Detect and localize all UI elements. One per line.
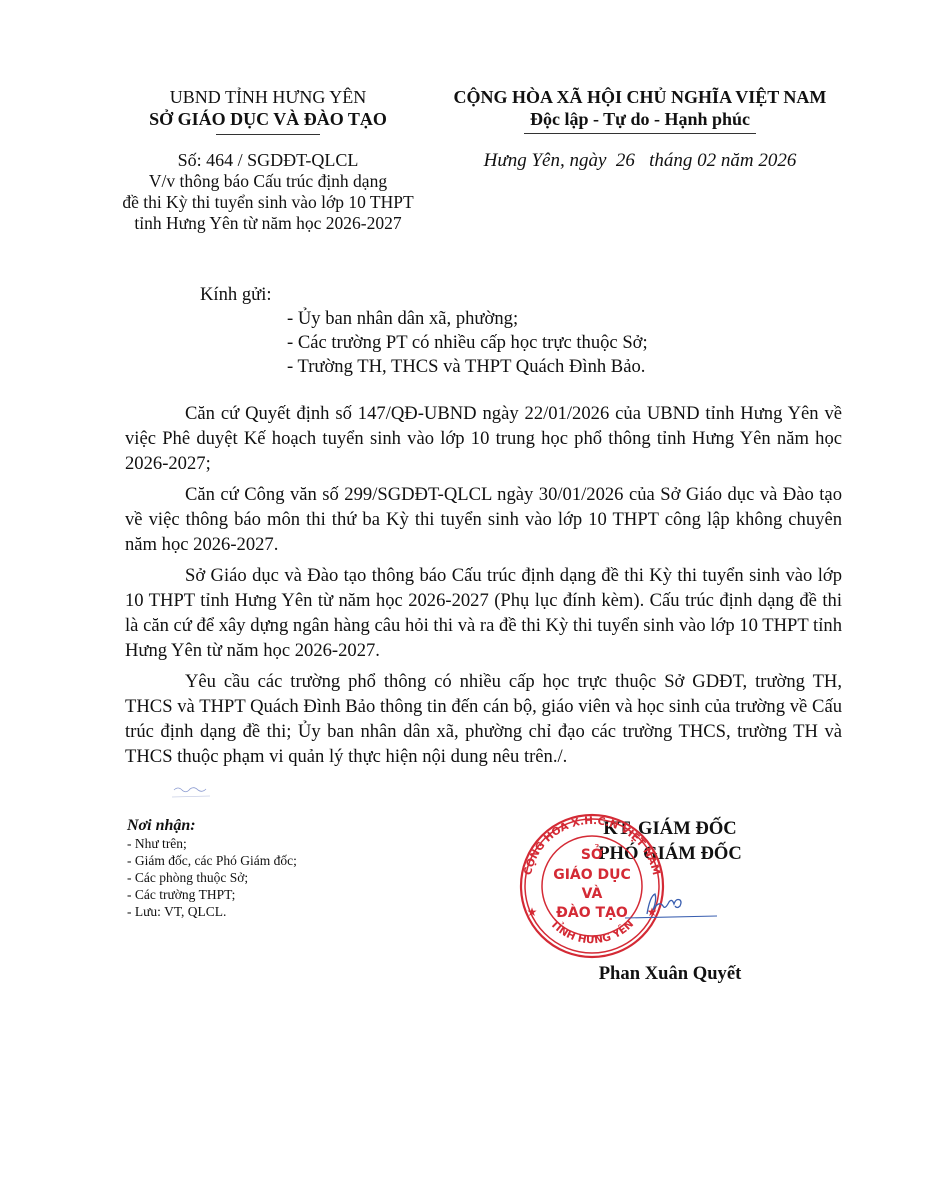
svg-text:VÀ: VÀ [582, 885, 603, 902]
recipient-item: - Lưu: VT, QLCL. [127, 903, 297, 920]
subject-line: tỉnh Hưng Yên từ năm học 2026-2027 [98, 213, 438, 234]
official-seal: CỘNG HÒA X.H.C.N VIỆT NAM TỈNH HƯNG YÊN … [510, 812, 680, 960]
svg-text:ĐÀO TẠO: ĐÀO TẠO [556, 904, 628, 921]
document-number: Số: 464 / SGDĐT-QLCL [98, 149, 438, 171]
seal-icon: CỘNG HÒA X.H.C.N VIỆT NAM TỈNH HƯNG YÊN … [510, 812, 680, 960]
agency-name: UBND TỈNH HƯNG YÊN [98, 86, 438, 108]
svg-text:TỈNH HƯNG YÊN: TỈNH HƯNG YÊN [548, 918, 636, 946]
svg-text:GIÁO DỤC: GIÁO DỤC [553, 866, 631, 883]
body-paragraph: Căn cứ Quyết định số 147/QĐ-UBND ngày 22… [125, 401, 842, 476]
body-paragraph: Sở Giáo dục và Đào tạo thông báo Cấu trú… [125, 563, 842, 663]
recipient-item: - Giám đốc, các Phó Giám đốc; [127, 852, 297, 869]
national-motto: Độc lập - Tự do - Hạnh phúc [420, 108, 860, 130]
initials-mark [170, 782, 220, 802]
addressee-item: - Các trường PT có nhiều cấp học trực th… [287, 331, 648, 355]
nation-header: CỘNG HÒA XÃ HỘI CHỦ NGHĨA VIỆT NAM Độc l… [420, 86, 860, 172]
subject-line: đề thi Kỳ thi tuyển sinh vào lớp 10 THPT [98, 192, 438, 213]
recipient-item: - Các phòng thuộc Sở; [127, 869, 297, 886]
recipients-label: Nơi nhận: [127, 816, 297, 835]
nation-title: CỘNG HÒA XÃ HỘI CHỦ NGHĨA VIỆT NAM [420, 86, 860, 108]
addressee-label: Kính gửi: [200, 283, 648, 307]
body-paragraph: Căn cứ Công văn số 299/SGDĐT-QLCL ngày 3… [125, 482, 842, 557]
subject-line: V/v thông báo Cấu trúc định dạng [98, 171, 438, 192]
addressee-block: Kính gửi: - Ủy ban nhân dân xã, phường; … [200, 283, 648, 379]
svg-text:★: ★ [527, 905, 538, 919]
recipient-item: - Các trường THPT; [127, 886, 297, 903]
header-rule [216, 134, 320, 135]
handwritten-signature [625, 888, 735, 928]
signer-name: Phan Xuân Quyết [560, 962, 780, 986]
motto-rule [524, 133, 756, 134]
addressee-item: - Trường TH, THCS và THPT Quách Đình Bảo… [287, 355, 648, 379]
body-paragraph: Yêu cầu các trường phổ thông có nhiều cấ… [125, 669, 842, 769]
date-line: Hưng Yên, ngày 26 tháng 02 năm 2026 [420, 150, 860, 172]
addressee-item: - Ủy ban nhân dân xã, phường; [287, 307, 648, 331]
recipients-block: Nơi nhận: - Như trên; - Giám đốc, các Ph… [127, 816, 297, 920]
document-body: Căn cứ Quyết định số 147/QĐ-UBND ngày 22… [125, 401, 842, 769]
department-name: SỞ GIÁO DỤC VÀ ĐÀO TẠO [98, 108, 438, 130]
svg-text:SỞ: SỞ [581, 844, 603, 863]
recipient-item: - Như trên; [127, 835, 297, 852]
issuer-header: UBND TỈNH HƯNG YÊN SỞ GIÁO DỤC VÀ ĐÀO TẠ… [98, 86, 438, 234]
